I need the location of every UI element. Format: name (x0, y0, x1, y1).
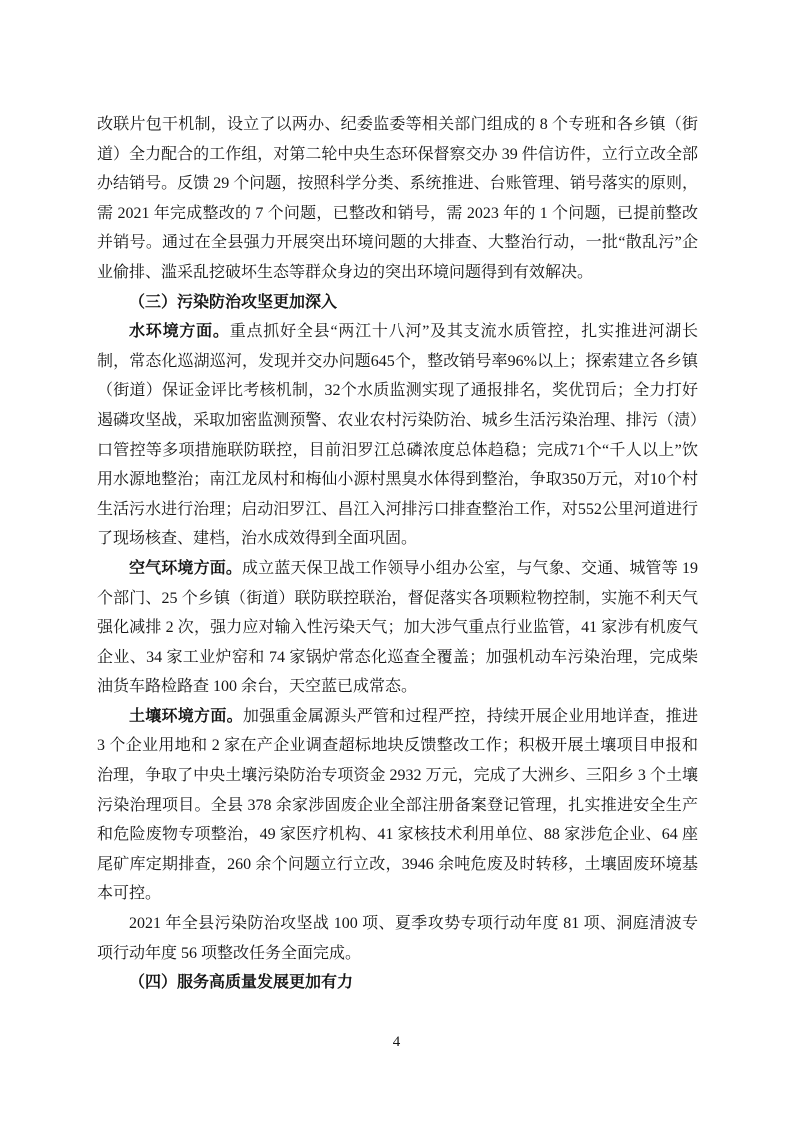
paragraph-air-environment: 空气环境方面。成立蓝天保卫战工作领导小组办公室，与气象、交通、城管等 19 个部… (97, 554, 698, 702)
paragraph-water-environment: 水环境方面。重点抓好全县“两江十八河”及其支流水质管控，扎实推进河湖长制，常态化… (97, 317, 698, 554)
section-heading-4: （四）服务高质量发展更加有力 (97, 968, 698, 998)
paragraph-intro-continuation: 改联片包干机制，设立了以两办、纪委监委等相关部门组成的 8 个专班和各乡镇（街道… (97, 110, 698, 288)
paragraph-soil-environment: 土壤环境方面。加强重金属源头严管和过程严控，持续开展企业用地详查，推进 3 个企… (97, 702, 698, 909)
document-text-block: 改联片包干机制，设立了以两办、纪委监委等相关部门组成的 8 个专班和各乡镇（街道… (97, 110, 698, 998)
paragraph-summary: 2021 年全县污染防治攻坚战 100 项、夏季攻势专项行动年度 81 项、洞庭… (97, 909, 698, 968)
paragraph-body-soil: 加强重金属源头严管和过程严控，持续开展企业用地详查，推进 3 个企业用地和 2 … (97, 708, 698, 903)
document-page: 改联片包干机制，设立了以两办、纪委监委等相关部门组成的 8 个专班和各乡镇（街道… (0, 0, 793, 1122)
page-number: 4 (0, 1032, 793, 1052)
section-heading-3: （三）污染防治攻坚更加深入 (97, 288, 698, 318)
paragraph-lead-air: 空气环境方面。 (129, 560, 242, 577)
paragraph-lead-soil: 土壤环境方面。 (129, 708, 243, 725)
paragraph-body-air: 成立蓝天保卫战工作领导小组办公室，与气象、交通、城管等 19 个部门、25 个乡… (97, 560, 698, 695)
paragraph-body-water: 重点抓好全县“两江十八河”及其支流水质管控，扎实推进河湖长制，常态化巡湖巡河，发… (97, 323, 698, 547)
paragraph-lead-water: 水环境方面。 (129, 323, 230, 340)
